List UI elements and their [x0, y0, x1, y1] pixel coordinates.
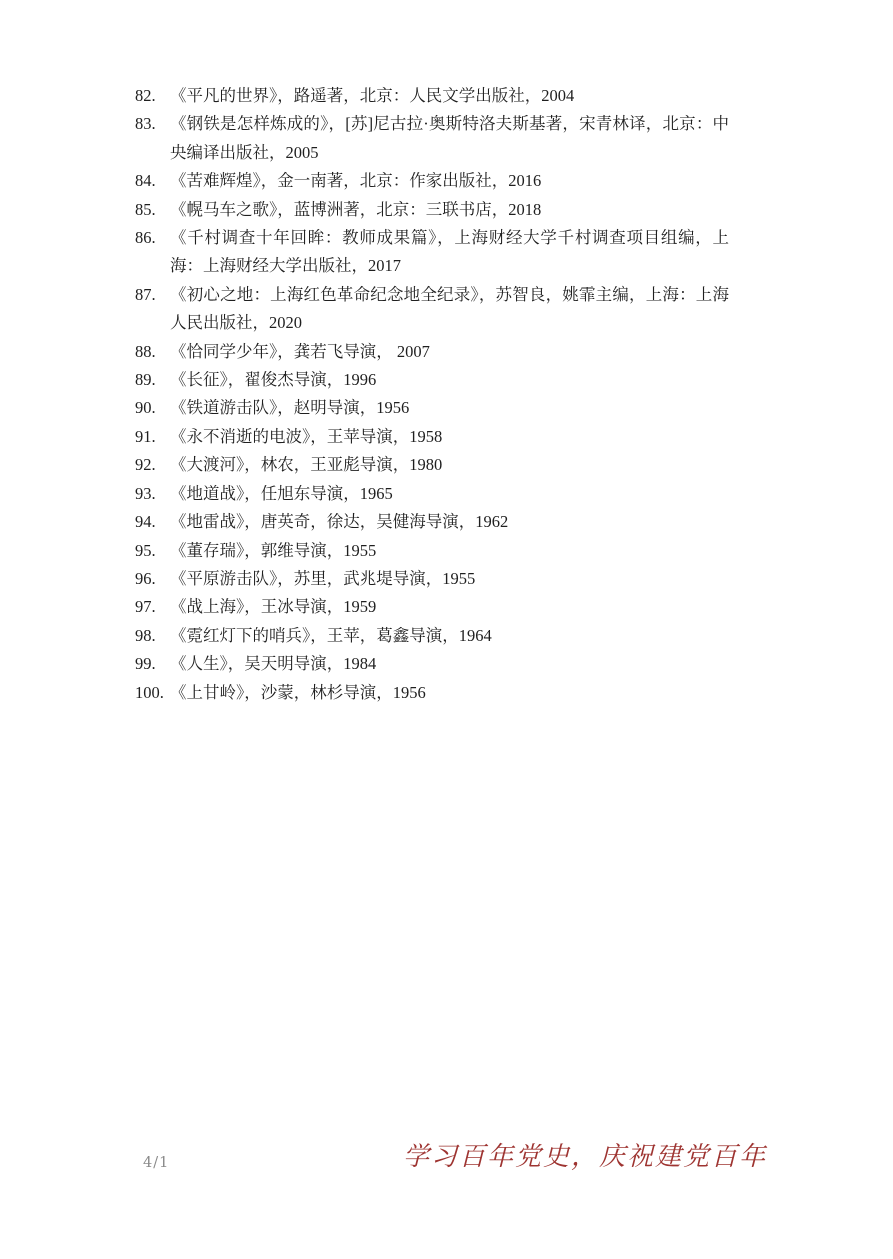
item-text: 《霓红灯下的哨兵》，王苹，葛鑫导演，1964 [170, 626, 492, 645]
item-number: 97. [135, 593, 156, 621]
item-number: 92. [135, 451, 156, 479]
item-number: 98. [135, 622, 156, 650]
item-text: 《幌马车之歌》，蓝博洲著，北京：三联书店，2018 [170, 200, 541, 219]
item-text: 《初心之地：上海红色革命纪念地全纪录》，苏智良，姚霏主编，上海：上海人民出版社，… [170, 285, 729, 332]
list-item: 83.《钢铁是怎样炼成的》，[苏]尼古拉·奥斯特洛夫斯基著，宋青林译，北京：中央… [135, 110, 729, 167]
list-item: 100.《上甘岭》，沙蒙，林杉导演，1956 [135, 679, 729, 707]
list-item: 91.《永不消逝的电波》，王苹导演，1958 [135, 423, 729, 451]
item-number: 83. [135, 110, 156, 138]
item-number: 87. [135, 281, 156, 309]
list-item: 85.《幌马车之歌》，蓝博洲著，北京：三联书店，2018 [135, 196, 729, 224]
item-number: 95. [135, 537, 156, 565]
list-item: 84.《苦难辉煌》，金一南著，北京：作家出版社，2016 [135, 167, 729, 195]
page-number: 4/1 [143, 1155, 169, 1171]
item-number: 82. [135, 82, 156, 110]
list-item: 99.《人生》，吴天明导演，1984 [135, 650, 729, 678]
list-item: 92.《大渡河》，林农，王亚彪导演，1980 [135, 451, 729, 479]
item-number: 85. [135, 196, 156, 224]
list-item: 90.《铁道游击队》，赵明导演，1956 [135, 394, 729, 422]
reference-list: 82.《平凡的世界》，路遥著，北京：人民文学出版社，200483.《钢铁是怎样炼… [135, 82, 729, 707]
item-text: 《平原游击队》，苏里，武兆堤导演，1955 [170, 569, 475, 588]
item-text: 《长征》，翟俊杰导演，1996 [170, 370, 376, 389]
item-number: 90. [135, 394, 156, 422]
item-text: 《永不消逝的电波》，王苹导演，1958 [170, 427, 442, 446]
item-text: 《人生》，吴天明导演，1984 [170, 654, 376, 673]
item-text: 《董存瑞》，郭维导演，1955 [170, 541, 376, 560]
list-item: 87.《初心之地：上海红色革命纪念地全纪录》，苏智良，姚霏主编，上海：上海人民出… [135, 281, 729, 338]
item-number: 93. [135, 480, 156, 508]
item-number: 100. [135, 679, 164, 707]
item-text: 《地雷战》，唐英奇，徐达，吴健海导演，1962 [170, 512, 508, 531]
list-item: 97.《战上海》，王冰导演，1959 [135, 593, 729, 621]
list-item: 94.《地雷战》，唐英奇，徐达，吴健海导演，1962 [135, 508, 729, 536]
item-number: 99. [135, 650, 156, 678]
list-item: 82.《平凡的世界》，路遥著，北京：人民文学出版社，2004 [135, 82, 729, 110]
item-number: 91. [135, 423, 156, 451]
item-number: 96. [135, 565, 156, 593]
list-item: 86.《千村调查十年回眸：教师成果篇》，上海财经大学千村调查项目组编，上海：上海… [135, 224, 729, 281]
item-text: 《地道战》，任旭东导演，1965 [170, 484, 393, 503]
list-item: 93.《地道战》，任旭东导演，1965 [135, 480, 729, 508]
item-text: 《铁道游击队》，赵明导演，1956 [170, 398, 409, 417]
item-text: 《苦难辉煌》，金一南著，北京：作家出版社，2016 [170, 171, 541, 190]
item-number: 89. [135, 366, 156, 394]
item-text: 《钢铁是怎样炼成的》，[苏]尼古拉·奥斯特洛夫斯基著，宋青林译，北京：中央编译出… [170, 114, 729, 161]
list-item: 96.《平原游击队》，苏里，武兆堤导演，1955 [135, 565, 729, 593]
item-number: 84. [135, 167, 156, 195]
item-text: 《大渡河》，林农，王亚彪导演，1980 [170, 455, 442, 474]
footer-slogan: 学习百年党史，庆祝建党百年 [403, 1136, 767, 1173]
item-number: 94. [135, 508, 156, 536]
item-text: 《战上海》，王冰导演，1959 [170, 597, 376, 616]
item-text: 《恰同学少年》，龚若飞导演， 2007 [170, 342, 430, 361]
item-number: 86. [135, 224, 156, 252]
item-text: 《上甘岭》，沙蒙，林杉导演，1956 [170, 683, 426, 702]
list-item: 88.《恰同学少年》，龚若飞导演， 2007 [135, 338, 729, 366]
item-text: 《平凡的世界》，路遥著，北京：人民文学出版社，2004 [170, 86, 574, 105]
item-number: 88. [135, 338, 156, 366]
document-page: 82.《平凡的世界》，路遥著，北京：人民文学出版社，200483.《钢铁是怎样炼… [0, 0, 893, 1259]
list-item: 95.《董存瑞》，郭维导演，1955 [135, 537, 729, 565]
list-item: 98.《霓红灯下的哨兵》，王苹，葛鑫导演，1964 [135, 622, 729, 650]
list-item: 89.《长征》，翟俊杰导演，1996 [135, 366, 729, 394]
item-text: 《千村调查十年回眸：教师成果篇》，上海财经大学千村调查项目组编，上海：上海财经大… [170, 228, 729, 275]
